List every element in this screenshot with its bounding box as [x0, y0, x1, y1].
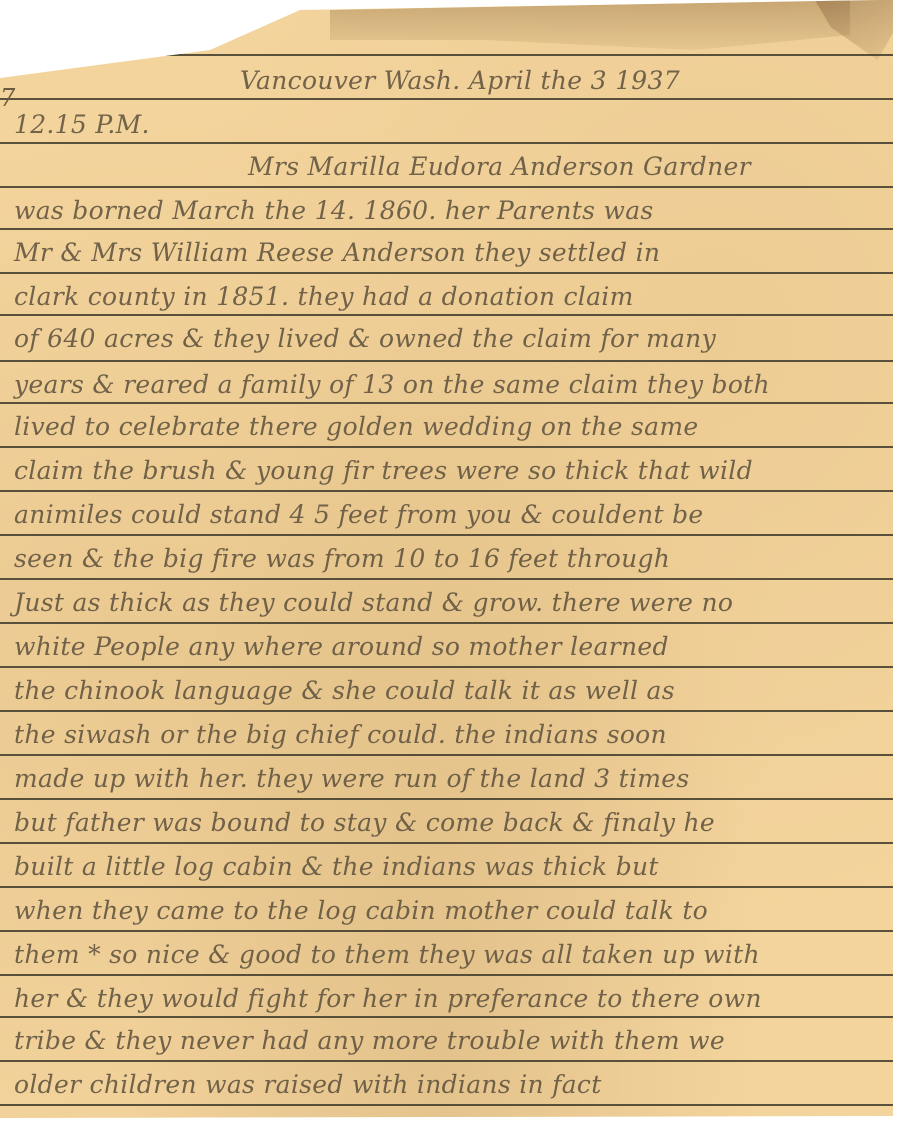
- text-line: was borned March the 14. 1860. her Paren…: [14, 196, 884, 225]
- text-line: but father was bound to stay & come back…: [14, 808, 884, 837]
- text-line: Mr & Mrs William Reese Anderson they set…: [14, 238, 884, 267]
- ruled-line: [0, 360, 893, 362]
- document-page: 7 Vancouver Wash. April the 3 1937 12.15…: [0, 0, 893, 1120]
- text-line: clark county in 1851. they had a donatio…: [14, 282, 884, 311]
- text-line: years & reared a family of 13 on the sam…: [14, 370, 884, 399]
- header-place-date: Vancouver Wash. April the 3 1937: [240, 66, 880, 95]
- ruled-line: [0, 534, 893, 536]
- text-line: tribe & they never had any more trouble …: [14, 1026, 884, 1055]
- text-line: Just as thick as they could stand & grow…: [14, 588, 884, 617]
- ruled-line: [0, 54, 893, 56]
- text-line: animiles could stand 4 5 feet from you &…: [14, 500, 884, 529]
- ruled-line: [0, 886, 893, 888]
- ruled-line: [0, 98, 893, 100]
- text-line: seen & the big fire was from 10 to 16 fe…: [14, 544, 884, 573]
- text-line: of 640 acres & they lived & owned the cl…: [14, 324, 884, 353]
- ruled-line: [0, 754, 893, 756]
- ruled-line: [0, 186, 893, 188]
- ruled-line: [0, 272, 893, 274]
- text-line: made up with her. they were run of the l…: [14, 764, 884, 793]
- ruled-line: [0, 622, 893, 624]
- text-line: her & they would fight for her in prefer…: [14, 984, 884, 1013]
- margin-mark: 7: [0, 84, 15, 112]
- ruled-line: [0, 1104, 893, 1106]
- paper-crease: [330, 0, 850, 60]
- ruled-line: [0, 710, 893, 712]
- text-line: white People any where around so mother …: [14, 632, 884, 661]
- text-line: built a little log cabin & the indians w…: [14, 852, 884, 881]
- text-line: lived to celebrate there golden wedding …: [14, 412, 884, 441]
- ruled-line: [0, 314, 893, 316]
- ruled-line: [0, 930, 893, 932]
- ruled-line: [0, 490, 893, 492]
- ruled-line: [0, 228, 893, 230]
- text-line: claim the brush & young fir trees were s…: [14, 456, 884, 485]
- text-line: older children was raised with indians i…: [14, 1070, 884, 1099]
- ruled-line: [0, 666, 893, 668]
- text-line: the siwash or the big chief could. the i…: [14, 720, 884, 749]
- header-time: 12.15 P.M.: [14, 110, 884, 139]
- ruled-line: [0, 402, 893, 404]
- ruled-line: [0, 578, 893, 580]
- text-line: when they came to the log cabin mother c…: [14, 896, 884, 925]
- text-line: them * so nice & good to them they was a…: [14, 940, 884, 969]
- ruled-line: [0, 974, 893, 976]
- text-line: Mrs Marilla Eudora Anderson Gardner: [248, 152, 878, 181]
- ruled-line: [0, 1016, 893, 1018]
- ruled-line: [0, 446, 893, 448]
- ruled-line: [0, 842, 893, 844]
- ruled-line: [0, 142, 893, 144]
- ruled-line: [0, 798, 893, 800]
- ruled-line: [0, 1060, 893, 1062]
- text-line: the chinook language & she could talk it…: [14, 676, 884, 705]
